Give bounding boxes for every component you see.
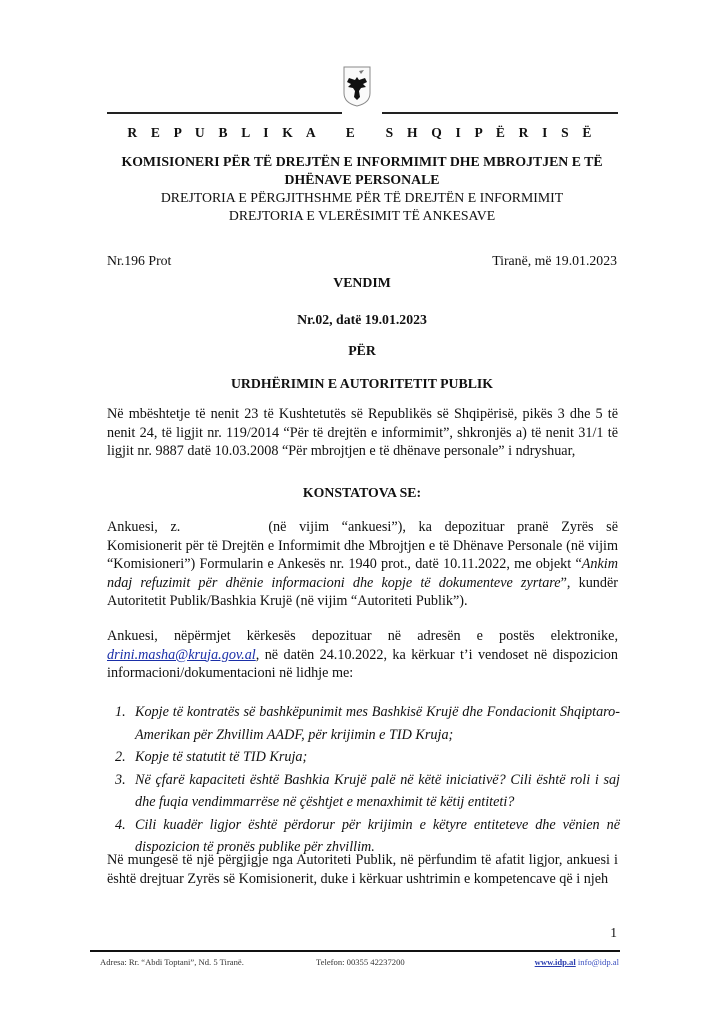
directorate-general: DREJTORIA E PËRGJITHSHME PËR TË DREJTËN …	[100, 189, 624, 207]
footer-rule	[90, 950, 620, 952]
republic-heading: R E P U B L I K A E S H Q I P Ë R I S Ë	[100, 125, 624, 141]
email-link[interactable]: drini.masha@kruja.gov.al	[107, 647, 256, 663]
no-response-paragraph: Në mungesë të një përgjigje nga Autorite…	[107, 851, 618, 888]
list-item: 1.Kopje të kontratës së bashkëpunimit me…	[107, 701, 620, 746]
commissioner-line-1: KOMISIONERI PËR TË DREJTËN E INFORMIMIT …	[100, 153, 624, 171]
list-item: 3.Në çfarë kapaciteti është Bashkia Kruj…	[107, 769, 620, 814]
footer-links: www.idp.al info@idp.al	[535, 957, 619, 967]
decision-title: VENDIM	[100, 275, 624, 291]
commissioner-heading: KOMISIONERI PËR TË DREJTËN E INFORMIMIT …	[100, 153, 624, 189]
website-link[interactable]: www.idp.al	[535, 957, 576, 967]
findings-heading: KONSTATOVA SE:	[100, 485, 624, 501]
decision-number-date: Nr.02, datë 19.01.2023	[100, 312, 624, 328]
requests-list: 1.Kopje të kontratës së bashkëpunimit me…	[107, 701, 620, 859]
footer-address: Adresa: Rr. “Abdi Toptani”, Nd. 5 Tiranë…	[100, 957, 244, 967]
complaint-paragraph: Ankuesi, z.(në vijim “ankuesi”), ka depo…	[107, 518, 618, 611]
info-email-link[interactable]: info@idp.al	[578, 957, 619, 967]
place-date: Tiranë, më 19.01.2023	[492, 253, 617, 269]
albanian-coat-of-arms-icon	[342, 65, 372, 107]
request-paragraph: Ankuesi, nëpërmjet kërkesës depozituar n…	[107, 627, 618, 683]
footer-phone: Telefon: 00355 42237200	[316, 957, 405, 967]
decision-per: PËR	[100, 343, 624, 359]
list-item: 2.Kopje të statutit të TID Kruja;	[107, 746, 620, 769]
directorate: DREJTORIA E VLERËSIMIT TË ANKESAVE	[100, 207, 624, 225]
commissioner-line-2: DHËNAVE PERSONALE	[100, 171, 624, 189]
header-rule-right	[382, 112, 618, 114]
legal-basis-paragraph: Në mbështetje të nenit 23 të Kushtetutës…	[107, 405, 618, 461]
header-rule-left	[107, 112, 342, 114]
page-number: 1	[610, 925, 617, 941]
directorate-heading: DREJTORIA E PËRGJITHSHME PËR TË DREJTËN …	[100, 189, 624, 225]
decision-subject: URDHËRIMIN E AUTORITETIT PUBLIK	[100, 376, 624, 392]
complainant-label: Ankuesi, z.	[107, 519, 180, 535]
protocol-number: Nr.196 Prot	[107, 253, 171, 269]
document-page: R E P U B L I K A E S H Q I P Ë R I S Ë …	[0, 0, 724, 1024]
